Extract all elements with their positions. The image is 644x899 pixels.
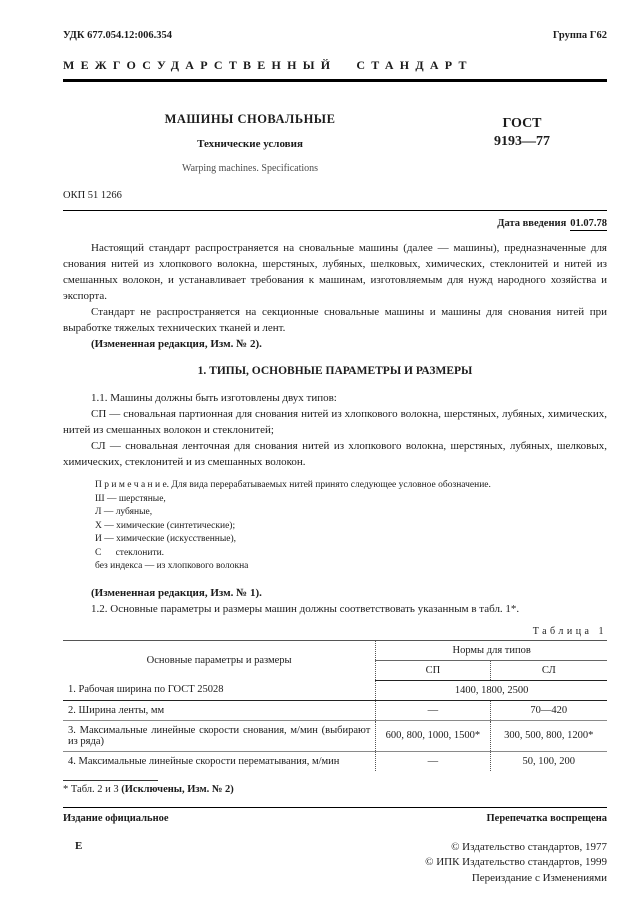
clause-1-1: 1.1. Машины должны быть изготовлены двух… bbox=[63, 390, 607, 406]
copyright-row: Е © Издательство стандартов, 1977 © ИПК … bbox=[63, 840, 607, 887]
litera-mark: Е bbox=[75, 840, 82, 887]
note-intro: П р и м е ч а н и е. Для вида перерабаты… bbox=[95, 479, 607, 493]
gost-number-block: ГОСТ 9193—77 bbox=[437, 115, 607, 174]
table-row: 4. Максимальные линейные скорости перема… bbox=[63, 751, 607, 771]
introduction-date: Дата введения01.07.78 bbox=[63, 218, 607, 229]
sl-cell: 300, 500, 800, 1200* bbox=[490, 720, 607, 751]
table-footnote: * Табл. 2 и 3 (Исключены, Изм. № 2) bbox=[63, 780, 607, 795]
footnote-bold-text: (Исключены, Изм. № 2) bbox=[121, 784, 234, 795]
note-block: П р и м е ч а н и е. Для вида перерабаты… bbox=[95, 479, 607, 574]
edition-official-label: Издание официальное bbox=[63, 813, 169, 824]
table-1-label: Таблица 1 bbox=[63, 626, 607, 637]
footnote-separator bbox=[63, 780, 158, 781]
introduction-date-value: 01.07.78 bbox=[570, 218, 607, 231]
sl-cell: 70—420 bbox=[490, 700, 607, 720]
table-header-parameters: Основные параметры и размеры bbox=[63, 640, 376, 680]
note-line-no-index: без индекса — из хлопкового волокна bbox=[95, 560, 607, 574]
amendment-note-2: (Измененная редакция, Изм. № 2). bbox=[63, 336, 607, 352]
table-header-sl: СЛ bbox=[490, 660, 607, 680]
title-block: МАШИНЫ СНОВАЛЬНЫЕ Технические условия Wa… bbox=[63, 112, 607, 174]
note-line-artificial: И — химические (искусственные), bbox=[95, 533, 607, 547]
footer-divider bbox=[63, 807, 607, 808]
gost-number: 9193—77 bbox=[437, 133, 607, 151]
document-title: МАШИНЫ СНОВАЛЬНЫЕ bbox=[63, 112, 437, 127]
copyright-line-1999: © ИПК Издательство стандартов, 1999 bbox=[82, 855, 607, 871]
sp-cell: 600, 800, 1000, 1500* bbox=[376, 720, 490, 751]
udk-code: УДК 677.054.12:006.354 bbox=[63, 30, 172, 41]
sp-cell: — bbox=[376, 751, 490, 771]
param-cell: 1. Рабочая ширина по ГОСТ 25028 bbox=[63, 680, 376, 700]
gost-label: ГОСТ bbox=[437, 115, 607, 133]
document-page: УДК 677.054.12:006.354 Группа Г62 МЕЖГОС… bbox=[0, 0, 644, 899]
reissue-note: Переиздание с Изменениями bbox=[82, 871, 607, 887]
note-line-wool: Ш — шерстяные, bbox=[95, 493, 607, 507]
param-cell: 3. Максимальные линейные скорости снован… bbox=[63, 720, 376, 751]
sp-cell: — bbox=[376, 700, 490, 720]
param-cell: 2. Ширина ленты, мм bbox=[63, 700, 376, 720]
table-row: 1. Рабочая ширина по ГОСТ 25028 1400, 18… bbox=[63, 680, 607, 700]
table-row: 3. Максимальные линейные скорости снован… bbox=[63, 720, 607, 751]
parameters-table: Основные параметры и размеры Нормы для т… bbox=[63, 640, 607, 771]
document-title-english: Warping machines. Specifications bbox=[63, 163, 437, 174]
footnote-text: * Табл. 2 и 3 bbox=[63, 784, 121, 795]
param-cell: 4. Максимальные линейные скорости перема… bbox=[63, 751, 376, 771]
note-line-glass: С стеклонити. bbox=[95, 547, 607, 561]
header-divider bbox=[63, 210, 607, 211]
table-header-norms: Нормы для типов bbox=[376, 640, 607, 660]
standard-type-heading: МЕЖГОСУДАРСТВЕННЫЙ СТАНДАРТ bbox=[63, 58, 607, 82]
table-row: 2. Ширина ленты, мм — 70—420 bbox=[63, 700, 607, 720]
note-line-synthetic: Х — химические (синтетические); bbox=[95, 520, 607, 534]
copyright-line-1977: © Издательство стандартов, 1977 bbox=[82, 840, 607, 856]
type-sp-definition: СП — сновальная партионная для снования … bbox=[63, 406, 607, 438]
section-1-heading: 1. ТИПЫ, ОСНОВНЫЕ ПАРАМЕТРЫ И РАЗМЕРЫ bbox=[63, 365, 607, 377]
amendment-note-1: (Измененная редакция, Изм. № 1). bbox=[63, 585, 607, 601]
sl-cell: 50, 100, 200 bbox=[490, 751, 607, 771]
clause-1-2: 1.2. Основные параметры и размеры машин … bbox=[63, 601, 607, 617]
value-span-cell: 1400, 1800, 2500 bbox=[376, 680, 607, 700]
introduction-date-label: Дата введения bbox=[497, 218, 566, 229]
reprint-forbidden-label: Перепечатка воспрещена bbox=[487, 813, 607, 824]
title-left-column: МАШИНЫ СНОВАЛЬНЫЕ Технические условия Wa… bbox=[63, 112, 437, 174]
scope-paragraph-2: Стандарт не распространяется на секционн… bbox=[63, 304, 607, 336]
group-code: Группа Г62 bbox=[553, 30, 607, 41]
edition-row: Издание официальное Перепечатка воспреще… bbox=[63, 813, 607, 824]
note-line-bast: Л — лубяные, bbox=[95, 506, 607, 520]
type-sl-definition: СЛ — сновальная ленточная для снования н… bbox=[63, 438, 607, 470]
classification-row: УДК 677.054.12:006.354 Группа Г62 bbox=[63, 30, 607, 41]
scope-paragraph-1: Настоящий стандарт распространяется на с… bbox=[63, 240, 607, 304]
copyright-block: © Издательство стандартов, 1977 © ИПК Из… bbox=[82, 840, 607, 887]
table-header-sp: СП bbox=[376, 660, 490, 680]
okp-code: ОКП 51 1266 bbox=[63, 190, 607, 201]
document-subtitle: Технические условия bbox=[63, 138, 437, 150]
